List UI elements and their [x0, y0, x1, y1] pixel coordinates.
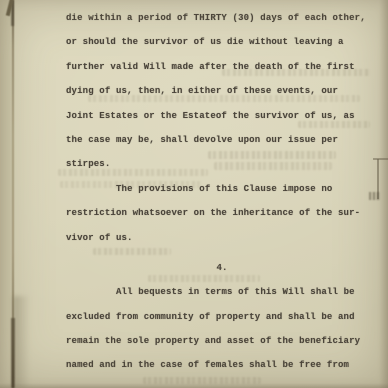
document-lines: die within a period of THIRTY (30) days … [66, 6, 378, 378]
document-line: the case may be, shall devolve upon our … [66, 128, 378, 152]
document-line: All bequests in terms of this Will shall… [66, 280, 378, 304]
document-line: remain the sole property and asset of th… [66, 329, 378, 353]
document-line: The provisions of this Clause impose no [66, 177, 378, 201]
document-line: excluded from community of property and … [66, 305, 378, 329]
document-line: die within a period of THIRTY (30) days … [66, 6, 378, 30]
document-line: 4. [66, 256, 378, 280]
document-line: dying of us, then, in either of these ev… [66, 79, 378, 103]
document-line: stirpes. [66, 152, 378, 176]
document-line: Joint Estates or the Estateof the surviv… [66, 104, 378, 128]
page-right-edge-shadow [379, 0, 388, 388]
page-bottom-left-shadow [13, 296, 30, 388]
page-bottom-edge-shadow [0, 383, 388, 388]
document-line: further valid Will made after the death … [66, 55, 378, 79]
document-line: restriction whatsoever on the inheritanc… [66, 201, 378, 225]
document-line: vivor of us. [66, 226, 378, 250]
document-line: or should the survivor of us die without… [66, 30, 378, 54]
document-photo: die within a period of THIRTY (30) days … [0, 0, 388, 388]
document-line: named and in the case of females shall b… [66, 353, 378, 377]
